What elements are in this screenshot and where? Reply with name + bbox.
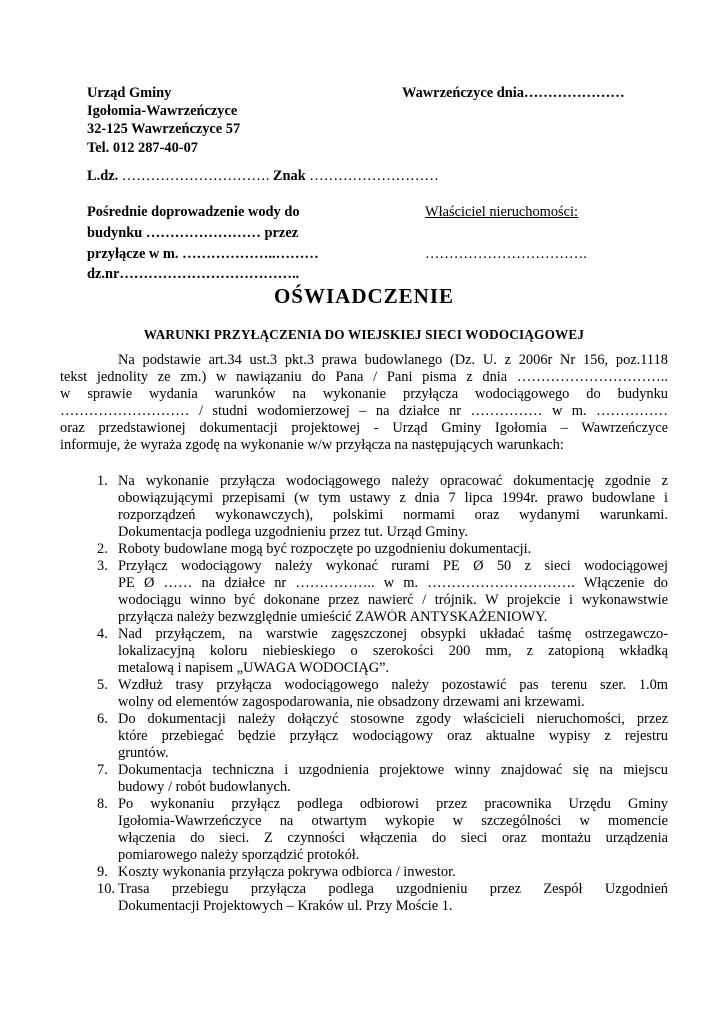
text-line: Pośrednie doprowadzenie wody do bbox=[87, 202, 387, 223]
condition-text: Po wykonaniu przyłącz podlega odbiorowi … bbox=[118, 796, 668, 864]
text-line: włączenia do sieci. Z czynności włączeni… bbox=[118, 830, 668, 847]
text-line: metalową i napisem „UWAGA WODOCIĄG”. bbox=[118, 660, 668, 677]
condition-text: Roboty budowlane mogą być rozpoczęte po … bbox=[118, 541, 668, 558]
text-line: Dokumentacji Projektowych – Kraków ul. P… bbox=[118, 898, 668, 915]
text-line: informuje, że wyraża zgodę na wykonanie … bbox=[60, 437, 668, 454]
condition-item: 2.Roboty budowlane mogą być rozpoczęte p… bbox=[97, 541, 668, 558]
text-line: Nad przyłączem, na warstwie zagęszczonej… bbox=[118, 626, 668, 643]
text-line: obowiązującymi przepisami (w tym ustawy … bbox=[118, 490, 668, 507]
text-line: gruntów. bbox=[118, 745, 668, 762]
text-line: budowy / robót budowlanych. bbox=[118, 779, 668, 796]
text-line: 32-125 Wawrzeńczyce 57 bbox=[87, 120, 240, 138]
text-line: pomiarowego należy sporządzić protokół. bbox=[118, 847, 668, 864]
text-line: Igołomia-Wawrzeńczyce bbox=[87, 102, 240, 120]
condition-item: 8.Po wykonaniu przyłącz podlega odbiorow… bbox=[97, 796, 668, 864]
text-line: Do dokumentacji należy dołączyć stosowne… bbox=[118, 711, 668, 728]
text-line: Koszty wykonania przyłącza pokrywa odbio… bbox=[118, 864, 668, 881]
condition-text: Do dokumentacji należy dołączyć stosowne… bbox=[118, 711, 668, 762]
document-title: OŚWIADCZENIE bbox=[274, 284, 454, 308]
text-line: Wzdłuż trasy przyłącza wodociągowego nal… bbox=[118, 677, 668, 694]
date-line: Wawrzeńczyce dnia………………… bbox=[402, 85, 625, 102]
subtitle-wrap: WARUNKI PRZYŁĄCZENIA DO WIEJSKIEJ SIECI … bbox=[60, 327, 668, 344]
condition-text: Koszty wykonania przyłącza pokrywa odbio… bbox=[118, 864, 668, 881]
condition-item: 4.Nad przyłączem, na warstwie zagęszczon… bbox=[97, 626, 668, 677]
condition-text: Dokumentacja techniczna i uzgodnienia pr… bbox=[118, 762, 668, 796]
condition-number: 2. bbox=[97, 541, 118, 558]
condition-text: Wzdłuż trasy przyłącza wodociągowego nal… bbox=[118, 677, 668, 711]
conditions-list: 1.Na wykonanie przyłącza wodociągowego n… bbox=[97, 473, 668, 915]
text-line: dz.nr……………………………….. bbox=[87, 264, 387, 285]
condition-item: 1.Na wykonanie przyłącza wodociągowego n… bbox=[97, 473, 668, 541]
reference-line: L.dz. …………………………. Znak ……………………… bbox=[87, 168, 439, 185]
text-line: w sprawie wydania warunków na wykonanie … bbox=[60, 386, 668, 403]
condition-text: Na wykonanie przyłącza wodociągowego nal… bbox=[118, 473, 668, 541]
condition-item: 7.Dokumentacja techniczna i uzgodnienia … bbox=[97, 762, 668, 796]
document-subtitle: WARUNKI PRZYŁĄCZENIA DO WIEJSKIEJ SIECI … bbox=[144, 327, 584, 342]
condition-text: Trasa przebiegu przyłącza podlega uzgodn… bbox=[118, 881, 668, 915]
condition-number: 1. bbox=[97, 473, 118, 541]
text-line: Po wykonaniu przyłącz podlega odbiorowi … bbox=[118, 796, 668, 813]
text-line: ……………………… / studni wodomierzowej – na dz… bbox=[60, 403, 668, 420]
text-line: Roboty budowlane mogą być rozpoczęte po … bbox=[118, 541, 668, 558]
condition-item: 9.Koszty wykonania przyłącza pokrywa odb… bbox=[97, 864, 668, 881]
znak-dotted-field: ……………………… bbox=[306, 168, 439, 184]
text-line: Przyłącz wodociągowy należy wykonać rura… bbox=[118, 558, 668, 575]
text-line: Urząd Gminy bbox=[87, 84, 240, 102]
condition-item: 3.Przyłącz wodociągowy należy wykonać ru… bbox=[97, 558, 668, 626]
text-line: Na wykonanie przyłącza wodociągowego nal… bbox=[118, 473, 668, 490]
condition-number: 4. bbox=[97, 626, 118, 677]
ldz-dotted-field: …………………………. bbox=[118, 168, 273, 184]
text-line: rozporządzeń wykonawczych), polskimi nor… bbox=[118, 507, 668, 524]
text-line: PE Ø …… na działce nr …………….. w m. ……………… bbox=[118, 575, 668, 592]
condition-number: 9. bbox=[97, 864, 118, 881]
text-line: wodociągu winno być dokonane przez nawie… bbox=[118, 592, 668, 609]
owner-block: Właściciel nieruchomości: ……………………………. bbox=[425, 202, 660, 264]
condition-number: 7. bbox=[97, 762, 118, 796]
text-line: przyłącza należy bezwzględnie umieścić Z… bbox=[118, 609, 668, 626]
owner-dotted-field: ……………………………. bbox=[425, 244, 660, 265]
condition-text: Przyłącz wodociągowy należy wykonać rura… bbox=[118, 558, 668, 626]
condition-text: Nad przyłączem, na warstwie zagęszczonej… bbox=[118, 626, 668, 677]
text-line: budynku …………………… przez bbox=[87, 223, 387, 244]
ldz-label: L.dz. bbox=[87, 168, 118, 184]
subject-block: Pośrednie doprowadzenie wody dobudynku …… bbox=[87, 202, 387, 285]
condition-number: 6. bbox=[97, 711, 118, 762]
intro-paragraph: Na podstawie art.34 ust.3 pkt.3 prawa bu… bbox=[60, 352, 668, 454]
text-line: Trasa przebiegu przyłącza podlega uzgodn… bbox=[118, 881, 668, 898]
text-line: Tel. 012 287-40-07 bbox=[87, 139, 240, 157]
znak-label: Znak bbox=[273, 168, 306, 184]
condition-number: 3. bbox=[97, 558, 118, 626]
condition-number: 8. bbox=[97, 796, 118, 864]
text-line: Na podstawie art.34 ust.3 pkt.3 prawa bu… bbox=[60, 352, 668, 369]
text-line: Dokumentacja podlega uzgodnieniu przez t… bbox=[118, 524, 668, 541]
condition-item: 6.Do dokumentacji należy dołączyć stosow… bbox=[97, 711, 668, 762]
text-line: lokalizacyjną koloru niebieskiego o szer… bbox=[118, 643, 668, 660]
office-address-block: Urząd GminyIgołomia-Wawrzeńczyce32-125 W… bbox=[87, 84, 240, 157]
text-line: które przebiegać będzie przyłącz wodocią… bbox=[118, 728, 668, 745]
condition-number: 10. bbox=[97, 881, 118, 915]
condition-item: 5.Wzdłuż trasy przyłącza wodociągowego n… bbox=[97, 677, 668, 711]
text-line: wolny od elementów zagospodarowania, nie… bbox=[118, 694, 668, 711]
text-line: Dokumentacja techniczna i uzgodnienia pr… bbox=[118, 762, 668, 779]
condition-number: 5. bbox=[97, 677, 118, 711]
owner-label: Właściciel nieruchomości: bbox=[425, 202, 660, 223]
title-wrap: OŚWIADCZENIE bbox=[60, 284, 668, 309]
text-line: przyłącze w m. ………………..……… bbox=[87, 244, 387, 265]
text-line: oraz przedstawionej dokumentacji projekt… bbox=[60, 420, 668, 437]
document-page: Urząd GminyIgołomia-Wawrzeńczyce32-125 W… bbox=[0, 0, 724, 1024]
text-line: tekst jednolity ze zm.) w nawiązaniu do … bbox=[60, 369, 668, 386]
condition-item: 10.Trasa przebiegu przyłącza podlega uzg… bbox=[97, 881, 668, 915]
text-line: Igołomia-Wawrzeńczyce na otwartym wykopi… bbox=[118, 813, 668, 830]
